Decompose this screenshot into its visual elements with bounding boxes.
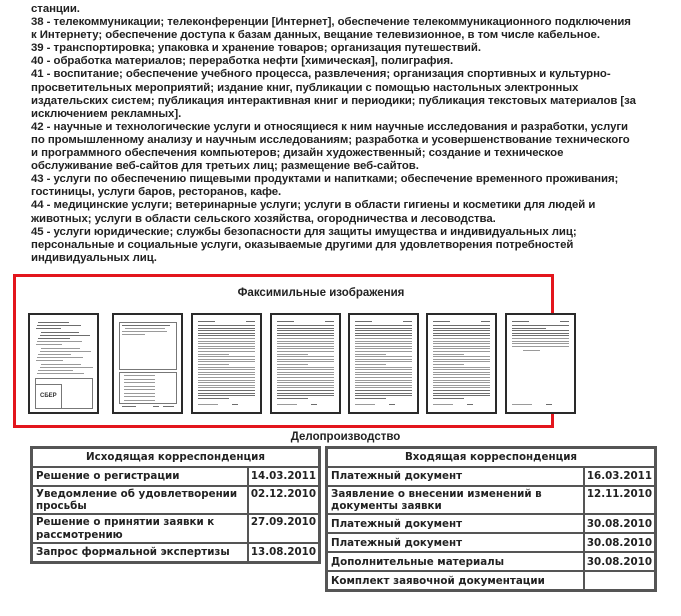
facsimile-thumbnail[interactable] bbox=[270, 313, 341, 414]
outgoing-header: Исходящая корреспонденция bbox=[32, 448, 319, 467]
facsimile-thumbnail[interactable] bbox=[505, 313, 576, 414]
document-link[interactable]: Платежный документ bbox=[327, 533, 584, 552]
classes-line: животных; услуги в области сельского хоз… bbox=[31, 213, 671, 226]
table-row[interactable]: Платежный документ30.08.2010 bbox=[327, 514, 655, 533]
document-link[interactable]: Платежный документ bbox=[327, 514, 584, 533]
incoming-header: Входящая корреспонденция bbox=[327, 448, 655, 467]
classes-line: 40 - обработка материалов; переработка н… bbox=[31, 55, 671, 68]
classes-line: гостиницы, услуги баров, ресторанов, каф… bbox=[31, 186, 671, 199]
classes-line: по промышленному анализу и научным иссле… bbox=[31, 134, 671, 147]
trademark-classes-text: станции. 38 - телекоммуникации; телеконф… bbox=[31, 3, 671, 265]
document-link[interactable]: Дополнительные материалы bbox=[327, 552, 584, 571]
document-date: 14.03.2011 bbox=[248, 467, 319, 486]
facsimile-thumbnail[interactable] bbox=[426, 313, 497, 414]
table-row[interactable]: Решение о регистрации14.03.2011 bbox=[32, 467, 319, 486]
table-row[interactable]: Запрос формальной экспертизы13.08.2010 bbox=[32, 543, 319, 562]
classes-line: 38 - телекоммуникации; телеконференции [… bbox=[31, 16, 671, 29]
document-date: 02.12.2010 bbox=[248, 486, 319, 514]
document-link[interactable]: Запрос формальной экспертизы bbox=[32, 543, 248, 562]
stamp-text: СБЕР bbox=[40, 393, 57, 399]
table-row[interactable]: Платежный документ16.03.2011 bbox=[327, 467, 655, 486]
document-date bbox=[584, 571, 655, 590]
table-row[interactable]: Заявление о внесении изменений в докумен… bbox=[327, 486, 655, 514]
table-row[interactable]: Платежный документ30.08.2010 bbox=[327, 533, 655, 552]
classes-line: 42 - научные и технологические услуги и … bbox=[31, 121, 671, 134]
classes-line: просветительных мероприятий; издание кни… bbox=[31, 82, 671, 95]
document-date: 12.11.2010 bbox=[584, 486, 655, 514]
document-link[interactable]: Платежный документ bbox=[327, 467, 584, 486]
classes-line: 45 - услуги юридические; службы безопасн… bbox=[31, 226, 671, 239]
records-title: Делопроизводство bbox=[0, 431, 681, 443]
classes-line: обслуживание веб-сайтов для третьих лиц;… bbox=[31, 160, 671, 173]
document-link[interactable]: Комплект заявочной документации bbox=[327, 571, 584, 590]
document-link[interactable]: Решение о регистрации bbox=[32, 467, 248, 486]
classes-line: к Интернету; обеспечение доступа к базам… bbox=[31, 29, 671, 42]
document-date: 30.08.2010 bbox=[584, 533, 655, 552]
table-row[interactable]: Комплект заявочной документации bbox=[327, 571, 655, 590]
classes-line: издательских систем; публикация интеракт… bbox=[31, 95, 671, 108]
facsimile-title: Факсимильные изображения bbox=[16, 287, 551, 299]
classes-line: 44 - медицинские услуги; ветеринарные ус… bbox=[31, 199, 671, 212]
facsimile-thumbnail[interactable] bbox=[191, 313, 262, 414]
document-date: 13.08.2010 bbox=[248, 543, 319, 562]
document-link[interactable]: Решение о принятии заявки к рассмотрению bbox=[32, 514, 248, 542]
classes-line: исключением рекламных]. bbox=[31, 108, 671, 121]
classes-line: 39 - транспортировка; упаковка и хранени… bbox=[31, 42, 671, 55]
classes-line: станции. bbox=[31, 3, 671, 16]
document-link[interactable]: Заявление о внесении изменений в докумен… bbox=[327, 486, 584, 514]
classes-line: 41 - воспитание; обеспечение учебного пр… bbox=[31, 68, 671, 81]
facsimile-thumbnail[interactable] bbox=[348, 313, 419, 414]
table-row[interactable]: Уведомление об удовлетворении просьбы02.… bbox=[32, 486, 319, 514]
document-date: 30.08.2010 bbox=[584, 514, 655, 533]
facsimile-thumbnail[interactable]: СБЕР bbox=[28, 313, 99, 414]
classes-line: 43 - услуги по обеспечению пищевыми прод… bbox=[31, 173, 671, 186]
facsimile-images-box: Факсимильные изображения СБЕР bbox=[13, 274, 554, 428]
classes-line: и программного обеспечения компьютеров; … bbox=[31, 147, 671, 160]
classes-line: индивидуальных лиц. bbox=[31, 252, 671, 265]
classes-line: персональные и социальные услуги, оказыв… bbox=[31, 239, 671, 252]
incoming-correspondence-table: Входящая корреспонденция Платежный докум… bbox=[325, 446, 657, 592]
table-row[interactable]: Дополнительные материалы30.08.2010 bbox=[327, 552, 655, 571]
document-link[interactable]: Уведомление об удовлетворении просьбы bbox=[32, 486, 248, 514]
outgoing-correspondence-table: Исходящая корреспонденция Решение о реги… bbox=[30, 446, 321, 564]
table-row[interactable]: Решение о принятии заявки к рассмотрению… bbox=[32, 514, 319, 542]
facsimile-thumbnail[interactable] bbox=[112, 313, 183, 414]
document-date: 30.08.2010 bbox=[584, 552, 655, 571]
document-date: 16.03.2011 bbox=[584, 467, 655, 486]
document-date: 27.09.2010 bbox=[248, 514, 319, 542]
